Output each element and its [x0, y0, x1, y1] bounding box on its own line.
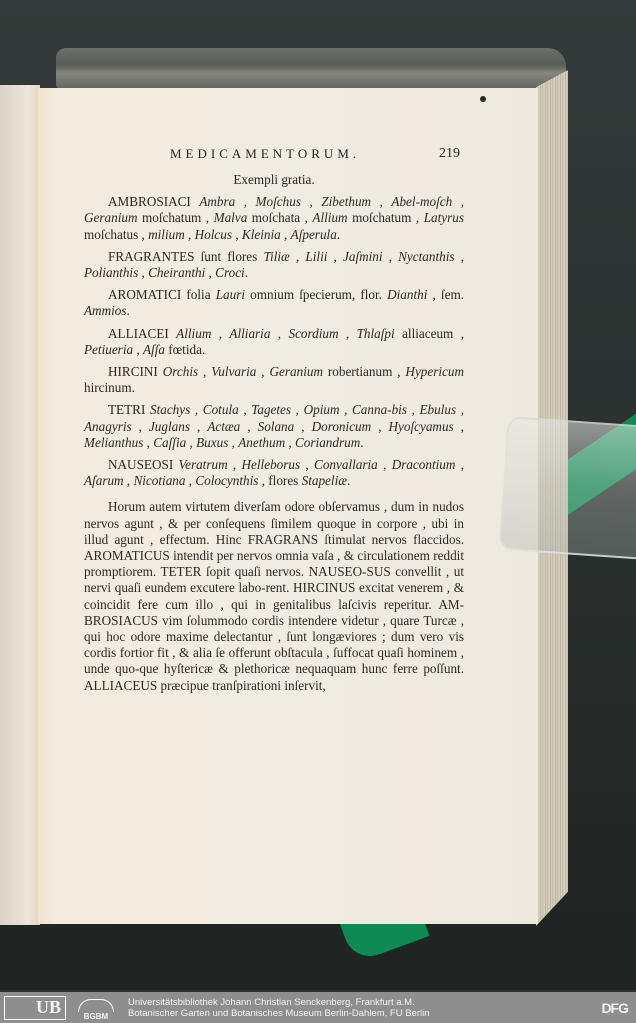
glass-page-clamp: [499, 416, 636, 562]
footer-bar: UB BGBM Universitätsbibliothek Johann Ch…: [0, 992, 636, 1023]
category-paragraph: ALLIACEI Allium , Alliaria , Scordium , …: [84, 326, 464, 358]
book-top-edge: [56, 48, 566, 90]
body-paragraph: Horum autem virtutem diverſam odore obſe…: [84, 499, 464, 693]
left-page-edge: [0, 85, 40, 925]
ub-logo[interactable]: UB: [4, 996, 66, 1020]
category-paragraph: FRAGRANTES ſunt flores Tiliæ , Lilii , J…: [84, 249, 464, 281]
credits: Universitätsbibliothek Johann Christian …: [128, 997, 430, 1019]
page-number: 219: [439, 146, 460, 162]
dfg-logo[interactable]: DFG: [601, 1000, 628, 1016]
running-head-title: MEDICAMENTORUM.: [170, 146, 360, 162]
subheading: Exempli gratia.: [84, 172, 464, 188]
bgbm-logo[interactable]: BGBM: [74, 995, 118, 1021]
ink-spot: [480, 96, 486, 102]
category-paragraph: AROMATICI folia Lauri omnium ſpecierum, …: [84, 287, 464, 319]
dome-icon: [78, 999, 114, 1012]
category-paragraph: AMBROSIACI Ambra , Moſchus , Zibethum , …: [84, 194, 464, 243]
credit-line-2: Botanischer Garten und Botanisches Museu…: [128, 1008, 430, 1019]
category-paragraph: TETRI Stachys , Cotula , Tagetes , Opium…: [84, 402, 464, 451]
category-paragraph: HIRCINI Orchis , Vulvaria , Geranium rob…: [84, 364, 464, 396]
credit-line-1: Universitätsbibliothek Johann Christian …: [128, 997, 430, 1008]
page-text: Exempli gratia. AMBROSIACI Ambra , Moſch…: [84, 172, 464, 700]
running-header: MEDICAMENTORUM. 219: [170, 146, 460, 162]
category-list: AMBROSIACI Ambra , Moſchus , Zibethum , …: [84, 194, 464, 489]
category-paragraph: NAUSEOSI Veratrum , Helleborus , Convall…: [84, 457, 464, 489]
